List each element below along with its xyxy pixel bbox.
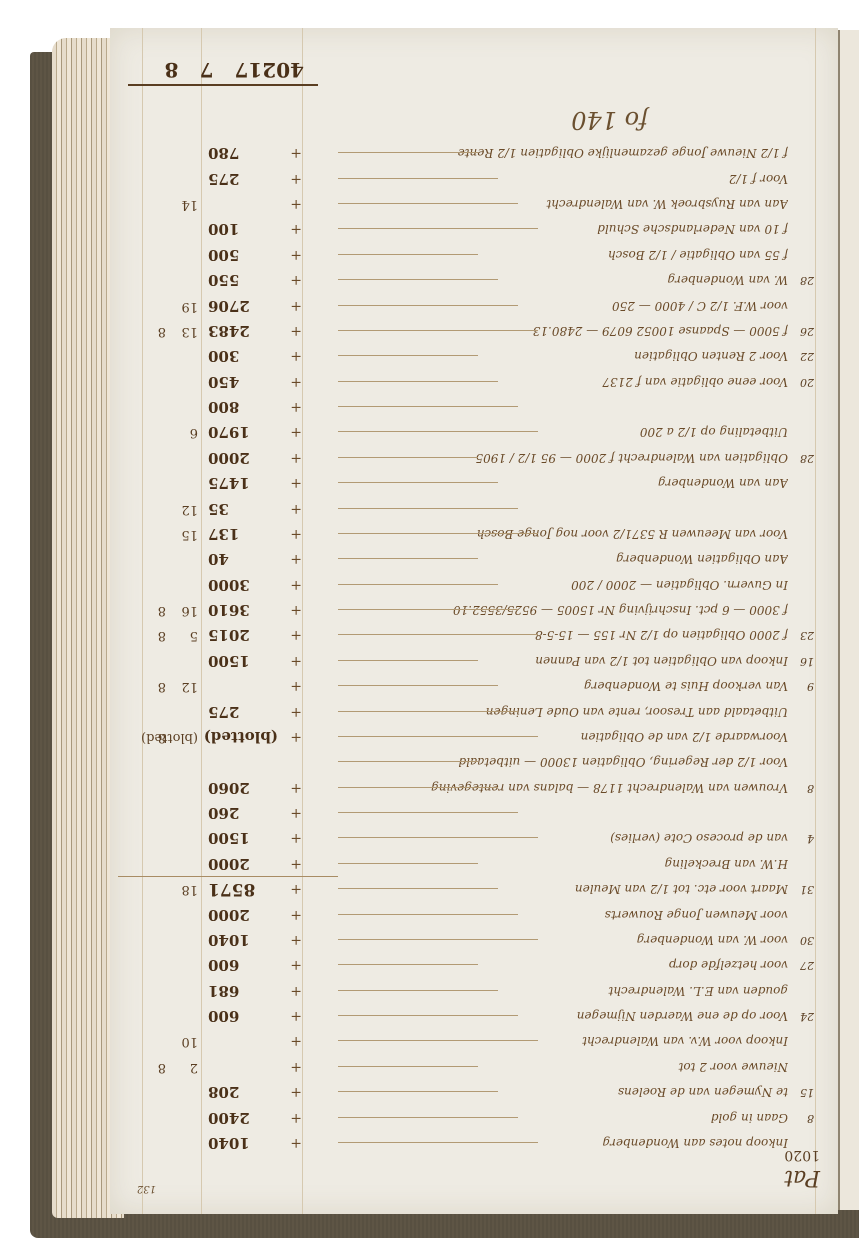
ledger-row: Voor f 1/2+275 bbox=[110, 168, 838, 190]
entry-day: 20 bbox=[790, 371, 814, 393]
ledger-row: 30voor W. van Wondenberg+1040 bbox=[110, 929, 838, 951]
ledger-row: Inkoop voor W.v. van Walendrecht+10 bbox=[110, 1031, 838, 1053]
entry-description: Aan Obligatien Wondenberg bbox=[348, 548, 788, 570]
entry-day: 15 bbox=[790, 1081, 814, 1103]
entry-fill-line bbox=[338, 939, 538, 940]
ledger-row: +3512 bbox=[110, 498, 838, 520]
entry-amount: 1475 bbox=[208, 472, 278, 494]
ledger-row: voor Meuwen Jonge Rouwerts+2000 bbox=[110, 904, 838, 926]
ledger-row: Voor van Meeuwen R 5371/2 voor nog Jonge… bbox=[110, 523, 838, 545]
entry-sub-amount-2: 8 bbox=[146, 726, 166, 748]
entry-amount: 500 bbox=[208, 244, 278, 266]
check-mark: + bbox=[290, 1107, 302, 1129]
ledger-row: 27voor hetzelfde dorp+600 bbox=[110, 954, 838, 976]
grand-total-sub2: 8 bbox=[165, 58, 179, 82]
entry-fill-line bbox=[338, 863, 478, 864]
ledger-subtotal-row: 31Maart voor etc. tot 1/2 van Meulen+857… bbox=[110, 878, 838, 900]
entry-description: Uitbetaald aan Tresoor, rente van Oude L… bbox=[348, 701, 788, 723]
entry-amount: 780 bbox=[208, 142, 278, 164]
entry-description: voor W. van Wondenberg bbox=[348, 929, 788, 951]
entry-amount: 1040 bbox=[208, 1132, 278, 1154]
ledger-row: 22Voor 2 Renten Obligatien+300 bbox=[110, 345, 838, 367]
ledger-row: 28Obligatien van Walendrecht f 2000 — 95… bbox=[110, 447, 838, 469]
ledger-row: 8Gaan in gold+2400 bbox=[110, 1107, 838, 1129]
entry-sub-amount: 5 bbox=[172, 625, 198, 647]
entry-fill-line bbox=[338, 888, 498, 889]
ledger-row: f 3000 — 6 pct. Inschrijving Nr 15005 — … bbox=[110, 599, 838, 621]
entry-sub-amount: 12 bbox=[172, 675, 198, 697]
check-mark: + bbox=[290, 878, 302, 900]
check-mark: + bbox=[290, 1031, 302, 1053]
entry-fill-line bbox=[338, 635, 538, 636]
entry-day: 23 bbox=[790, 625, 814, 647]
entry-fill-line bbox=[338, 736, 538, 737]
entry-amount: 3610 bbox=[208, 599, 278, 621]
entry-sub-amount-2: 8 bbox=[146, 675, 166, 697]
entry-fill-line bbox=[338, 279, 498, 280]
entry-sub-amount: 12 bbox=[172, 498, 198, 520]
entry-description: H.W. van Breckeling bbox=[348, 853, 788, 875]
check-mark: + bbox=[290, 802, 302, 824]
entry-amount: 8571 bbox=[208, 878, 278, 900]
entry-description: voor hetzelfde dorp bbox=[348, 954, 788, 976]
entry-amount: 300 bbox=[208, 345, 278, 367]
ledger-row: 20Voor eene obligatie van f 2137+450 bbox=[110, 371, 838, 393]
entry-day: 28 bbox=[790, 269, 814, 291]
check-mark: + bbox=[290, 1056, 302, 1078]
entry-fill-line bbox=[338, 432, 538, 433]
entry-fill-line bbox=[338, 406, 518, 407]
entry-sub-amount: 19 bbox=[172, 295, 198, 317]
check-mark: + bbox=[290, 142, 302, 164]
entry-sub-amount: 15 bbox=[172, 523, 198, 545]
grand-total-sub1: 7 bbox=[200, 58, 214, 82]
entry-fill-line bbox=[338, 533, 538, 534]
ledger-row: 4van de proceso Cote (verlies)+1500 bbox=[110, 828, 838, 850]
entry-amount: 137 bbox=[208, 523, 278, 545]
check-mark: + bbox=[290, 980, 302, 1002]
facing-page-edge bbox=[838, 30, 859, 1210]
ledger-row: 28W. van Wondenberg+550 bbox=[110, 269, 838, 291]
check-mark: + bbox=[290, 929, 302, 951]
entry-fill-line bbox=[338, 964, 478, 965]
entry-sub-amount-2: 8 bbox=[146, 599, 166, 621]
entry-description: Inkoop notes aan Wondenberg bbox=[348, 1132, 788, 1154]
check-mark: + bbox=[290, 320, 302, 342]
entry-description: f 3000 — 6 pct. Inschrijving Nr 15005 — … bbox=[348, 599, 788, 621]
ledger-row: Aan van Wondenberg+1475 bbox=[110, 472, 838, 494]
entry-description: Inkoop voor W.v. van Walendrecht bbox=[348, 1031, 788, 1053]
entry-fill-line bbox=[338, 457, 478, 458]
entry-amount: 100 bbox=[208, 219, 278, 241]
ledger-row: 23f 2000 Obligatien op 1/2 Nr 155 — 15-5… bbox=[110, 625, 838, 647]
check-mark: + bbox=[290, 701, 302, 723]
entry-amount: 550 bbox=[208, 269, 278, 291]
entry-amount: 1040 bbox=[208, 929, 278, 951]
entry-fill-line bbox=[338, 1091, 498, 1092]
entry-amount: 2000 bbox=[208, 447, 278, 469]
entry-amount: 3000 bbox=[208, 574, 278, 596]
entry-amount: 2060 bbox=[208, 777, 278, 799]
entry-description: Inkoop van Obligatien tot 1/2 van Pannen bbox=[348, 650, 788, 672]
entry-description: W. van Wondenberg bbox=[348, 269, 788, 291]
check-mark: + bbox=[290, 219, 302, 241]
entry-sub-amount-2: 8 bbox=[146, 1056, 166, 1078]
ledger-row: Voor 1/2 der Regering, Obligatien 13000 … bbox=[110, 751, 838, 773]
check-mark: + bbox=[290, 828, 302, 850]
ledger-row: Aan van Ruysbroek W. van Walendrecht+14 bbox=[110, 193, 838, 215]
entry-fill-line bbox=[338, 178, 498, 179]
entry-fill-line bbox=[338, 1041, 538, 1042]
entry-fill-line bbox=[338, 305, 518, 306]
folio-reference: fo 140 bbox=[571, 106, 648, 134]
entry-sub-amount: 16 bbox=[172, 599, 198, 621]
entry-amount: 600 bbox=[208, 954, 278, 976]
entry-amount: 1500 bbox=[208, 650, 278, 672]
ledger-row: f 1/2 Nieuwe Jonge gezamenlijke Obligati… bbox=[110, 142, 838, 164]
entry-description: Voor eene obligatie van f 2137 bbox=[348, 371, 788, 393]
ledger-row: 16Inkoop van Obligatien tot 1/2 van Pann… bbox=[110, 650, 838, 672]
entry-description: f 1/2 Nieuwe Jonge gezamenlijke Obligati… bbox=[348, 142, 788, 164]
entry-description: Aan van Ruysbroek W. van Walendrecht bbox=[348, 193, 788, 215]
ledger-row: f 55 van Obligatie / 1/2 Bosch+500 bbox=[110, 244, 838, 266]
entry-fill-line bbox=[338, 660, 478, 661]
entry-fill-line bbox=[338, 812, 518, 813]
check-mark: + bbox=[290, 447, 302, 469]
check-mark: + bbox=[290, 954, 302, 976]
check-mark: + bbox=[290, 853, 302, 875]
entry-day: 24 bbox=[790, 1005, 814, 1027]
check-mark: + bbox=[290, 269, 302, 291]
ledger-page: Pat 1020 fo 140 132 Inkoop notes aan Won… bbox=[110, 28, 838, 1214]
entry-description: Voor 2 Renten Obligatien bbox=[348, 345, 788, 367]
entry-fill-line bbox=[338, 152, 478, 153]
entry-description: Gaan in gold bbox=[348, 1107, 788, 1129]
entry-fill-line bbox=[338, 1066, 478, 1067]
check-mark: + bbox=[290, 1132, 302, 1154]
entry-fill-line bbox=[338, 914, 518, 915]
entry-day: 28 bbox=[790, 447, 814, 469]
entry-amount: 1500 bbox=[208, 828, 278, 850]
entry-amount: 2015 bbox=[208, 625, 278, 647]
entry-sub-amount-2: 8 bbox=[146, 625, 166, 647]
check-mark: + bbox=[290, 1081, 302, 1103]
entry-fill-line bbox=[338, 381, 498, 382]
grand-total: 40217 7 8 bbox=[118, 58, 318, 82]
entry-fill-line bbox=[338, 229, 538, 230]
entry-sub-amount: 6 bbox=[172, 422, 198, 444]
entry-fill-line bbox=[338, 584, 498, 585]
entry-sub-amount: 2 bbox=[172, 1056, 198, 1078]
entry-amount: (blotted) bbox=[208, 726, 278, 748]
entry-fill-line bbox=[338, 1142, 538, 1143]
ledger-row: Inkoop notes aan Wondenberg+1040 bbox=[110, 1132, 838, 1154]
entry-fill-line bbox=[338, 838, 538, 839]
entry-amount: 2000 bbox=[208, 904, 278, 926]
entry-sub-amount: 10 bbox=[172, 1031, 198, 1053]
entry-description: Uitbetaling op 1/2 a 200 bbox=[348, 422, 788, 444]
check-mark: + bbox=[290, 625, 302, 647]
entry-fill-line bbox=[338, 203, 518, 204]
entry-amount: 681 bbox=[208, 980, 278, 1002]
check-mark: + bbox=[290, 345, 302, 367]
check-mark: + bbox=[290, 295, 302, 317]
check-mark: + bbox=[290, 168, 302, 190]
ledger-row: +260 bbox=[110, 802, 838, 824]
ledger-row: 24Voor op de ene Waerden Nijmegen+600 bbox=[110, 1005, 838, 1027]
entry-amount: 2400 bbox=[208, 1107, 278, 1129]
check-mark: + bbox=[290, 548, 302, 570]
ledger-row: 15te Nymegen van de Roelens+208 bbox=[110, 1081, 838, 1103]
ledger-row: Nieuwe voor 2 tot+28 bbox=[110, 1056, 838, 1078]
entry-day: 8 bbox=[790, 777, 814, 799]
ledger-row: Voorwaarde 1/2 van de Obligatien+(blotte… bbox=[110, 726, 838, 748]
check-mark: + bbox=[290, 422, 302, 444]
check-mark: + bbox=[290, 650, 302, 672]
grand-total-amount: 40217 bbox=[234, 58, 304, 82]
entry-description: f 2000 Obligatien op 1/2 Nr 155 — 15-5-8 bbox=[348, 625, 788, 647]
check-mark: + bbox=[290, 574, 302, 596]
entry-day: 9 bbox=[790, 675, 814, 697]
entry-fill-line bbox=[338, 609, 518, 610]
entry-sub-amount: 14 bbox=[172, 193, 198, 215]
entry-fill-line bbox=[338, 482, 498, 483]
entry-description: te Nymegen van de Roelens bbox=[348, 1081, 788, 1103]
entry-amount: 2483 bbox=[208, 320, 278, 342]
entry-day: 30 bbox=[790, 929, 814, 951]
entry-description: Voorwaarde 1/2 van de Obligatien bbox=[348, 726, 788, 748]
entry-fill-line bbox=[338, 711, 518, 712]
entry-day: 16 bbox=[790, 650, 814, 672]
entry-fill-line bbox=[338, 787, 498, 788]
entry-description: Maart voor etc. tot 1/2 van Meulen bbox=[348, 878, 788, 900]
entry-description: gouden van E.L. Walendrecht bbox=[348, 980, 788, 1002]
entry-amount: 450 bbox=[208, 371, 278, 393]
entry-description: Van verkoop Huis te Wondenberg bbox=[348, 675, 788, 697]
entry-day: 22 bbox=[790, 345, 814, 367]
subtotal-rule bbox=[118, 876, 338, 877]
entry-fill-line bbox=[338, 1015, 518, 1016]
entry-amount: 1970 bbox=[208, 422, 278, 444]
check-mark: + bbox=[290, 523, 302, 545]
check-mark: + bbox=[290, 599, 302, 621]
check-mark: + bbox=[290, 396, 302, 418]
entry-description: Nieuwe voor 2 tot bbox=[348, 1056, 788, 1078]
entry-fill-line bbox=[338, 330, 538, 331]
entry-description: Obligatien van Walendrecht f 2000 — 95 1… bbox=[348, 447, 788, 469]
entry-description: Voor f 1/2 bbox=[348, 168, 788, 190]
entry-amount: 275 bbox=[208, 701, 278, 723]
entry-day: 31 bbox=[790, 878, 814, 900]
entry-description: Voor 1/2 der Regering, Obligatien 13000 … bbox=[348, 751, 788, 773]
ledger-row: 9Van verkoop Huis te Wondenberg+128 bbox=[110, 675, 838, 697]
ledger-row: f 10 van Nederlandsche Schuld+100 bbox=[110, 219, 838, 241]
entry-description: Aan van Wondenberg bbox=[348, 472, 788, 494]
entry-description: van de proceso Cote (verlies) bbox=[348, 828, 788, 850]
entry-fill-line bbox=[338, 761, 478, 762]
entry-description: Vrouwen van Walendrecht 1178 — balans va… bbox=[348, 777, 788, 799]
entry-description: f 10 van Nederlandsche Schuld bbox=[348, 219, 788, 241]
entry-amount: 275 bbox=[208, 168, 278, 190]
check-mark: + bbox=[290, 904, 302, 926]
entry-fill-line bbox=[338, 990, 498, 991]
entry-description: In Guvern. Obligatien — 2000 / 200 bbox=[348, 574, 788, 596]
check-mark: + bbox=[290, 193, 302, 215]
ledger-row: Uitbetaling op 1/2 a 200+19706 bbox=[110, 422, 838, 444]
entry-fill-line bbox=[338, 558, 478, 559]
entry-day: 8 bbox=[790, 1107, 814, 1129]
ledger-row: 8Vrouwen van Walendrecht 1178 — balans v… bbox=[110, 777, 838, 799]
entry-sub-amount: 18 bbox=[172, 878, 198, 900]
entry-amount: 35 bbox=[208, 498, 278, 520]
entry-fill-line bbox=[338, 508, 518, 509]
account-name: Pat bbox=[784, 1165, 820, 1190]
entry-fill-line bbox=[338, 1117, 518, 1118]
ledger-row: +800 bbox=[110, 396, 838, 418]
entry-sub-amount-2: 8 bbox=[146, 320, 166, 342]
check-mark: + bbox=[290, 777, 302, 799]
check-mark: + bbox=[290, 726, 302, 748]
entry-description: voor W.F. 1/2 C / 4000 — 250 bbox=[348, 295, 788, 317]
entry-amount: 2000 bbox=[208, 853, 278, 875]
entry-day: 26 bbox=[790, 320, 814, 342]
entry-fill-line bbox=[338, 254, 478, 255]
ledger-row: gouden van E.L. Walendrecht+681 bbox=[110, 980, 838, 1002]
entry-description: voor Meuwen Jonge Rouwerts bbox=[348, 904, 788, 926]
check-mark: + bbox=[290, 244, 302, 266]
entry-fill-line bbox=[338, 355, 478, 356]
entry-amount: 600 bbox=[208, 1005, 278, 1027]
entry-fill-line bbox=[338, 685, 498, 686]
ledger-row: 26f 5000 — Spaanse 10052 6079 — 2480.13+… bbox=[110, 320, 838, 342]
entry-amount: 40 bbox=[208, 548, 278, 570]
entry-day: 27 bbox=[790, 954, 814, 976]
ledger-row: Aan Obligatien Wondenberg+40 bbox=[110, 548, 838, 570]
entry-day: 4 bbox=[790, 828, 814, 850]
ledger-row: H.W. van Breckeling+2000 bbox=[110, 853, 838, 875]
entry-sub-amount: 13 bbox=[172, 320, 198, 342]
check-mark: + bbox=[290, 1005, 302, 1027]
check-mark: + bbox=[290, 675, 302, 697]
entry-description: Voor van Meeuwen R 5371/2 voor nog Jonge… bbox=[348, 523, 788, 545]
ledger-row: Uitbetaald aan Tresoor, rente van Oude L… bbox=[110, 701, 838, 723]
entry-amount: 260 bbox=[208, 802, 278, 824]
ledger-row: voor W.F. 1/2 C / 4000 — 250+270619 bbox=[110, 295, 838, 317]
check-mark: + bbox=[290, 371, 302, 393]
grand-total-rule bbox=[128, 84, 318, 86]
entry-amount: 208 bbox=[208, 1081, 278, 1103]
check-mark: + bbox=[290, 472, 302, 494]
entry-amount: 800 bbox=[208, 396, 278, 418]
entry-sub-amount: (blotted) bbox=[172, 726, 198, 748]
entry-amount: 2706 bbox=[208, 295, 278, 317]
ledger-row: In Guvern. Obligatien — 2000 / 200+3000 bbox=[110, 574, 838, 596]
check-mark: + bbox=[290, 498, 302, 520]
page-number: 132 bbox=[137, 1183, 156, 1194]
entry-description: f 55 van Obligatie / 1/2 Bosch bbox=[348, 244, 788, 266]
entry-description: Voor op de ene Waerden Nijmegen bbox=[348, 1005, 788, 1027]
entry-description: f 5000 — Spaanse 10052 6079 — 2480.13 bbox=[348, 320, 788, 342]
